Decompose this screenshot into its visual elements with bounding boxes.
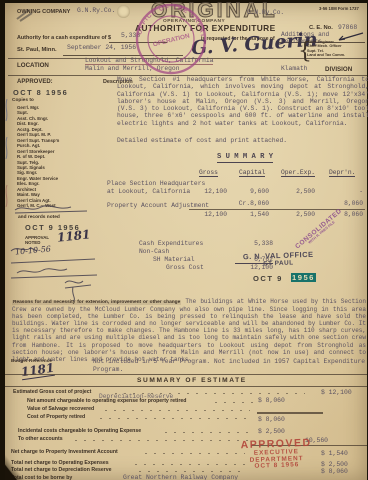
summary-col-gross: Gross <box>199 169 218 177</box>
sig-title: Land and Tax Comm. <box>307 53 345 57</box>
operating-company-value: G.N.Ry.Co. <box>247 9 284 16</box>
copies-to-label: Copies to <box>12 98 34 103</box>
summary-total-gross: 12,100 <box>189 211 227 218</box>
stamp-ring-text: OFFICE OF THE GREAT NORTHERN RAILWAY <box>133 1 206 38</box>
records-noted-label: and records noted <box>18 215 60 220</box>
form-number: 3-56 10M Form 1737 <box>319 6 359 11</box>
hole-punch <box>117 5 130 18</box>
division-value: Klamath <box>281 65 307 72</box>
estimate-row-value: $ 2,500 <box>321 461 348 468</box>
summary-row1-label2: at Lookout, California <box>107 188 190 195</box>
page-corner-shadow <box>5 446 31 480</box>
estimate-row-label: Value of Salvage recovered <box>27 407 94 412</box>
description-text: Move Section #1 headquarters from White … <box>117 76 368 127</box>
estimate-row-label: Incidental costs chargeable to Operating… <box>18 429 141 434</box>
material-label: SH Material <box>153 256 195 263</box>
handwritten-signatures <box>7 243 107 303</box>
ce-no-value: 97868 <box>338 24 357 31</box>
summary-col-oper: Oper.Exp. <box>281 169 315 177</box>
estimate-row-value: $ 8,060 <box>258 397 285 404</box>
estimate-row-label: Net amount chargeable to operating expen… <box>27 399 186 404</box>
approved-date-stamp: OCT 8 1956 <box>13 88 68 97</box>
owning-company-label: OWNING COMPANY <box>17 9 70 15</box>
estimate-row-value: $ 12,100 <box>321 389 352 396</box>
location-label: LOCATION <box>17 62 49 69</box>
attachment-note: Detailed estimate of cost and print atta… <box>117 137 287 144</box>
summary-row1-label1: Place Section Headquarters <box>107 180 205 187</box>
val-office-date: OCT 9 <box>253 274 283 283</box>
approved-label: APPROVED: <box>17 79 53 85</box>
summary-row2-depr: 8,060 <box>325 200 363 207</box>
val-office-year: 1956 <box>291 273 316 282</box>
summary-row2-label: Property Account Adjustment <box>107 202 209 209</box>
owning-company-value: G.N.Ry.Co. <box>77 7 115 14</box>
reasons-text: The buildings at White Horse used by thi… <box>12 298 366 363</box>
summary-col-depr: Depr'n. <box>329 169 355 177</box>
summary-row2-capital: Cr.8,060 <box>225 200 269 207</box>
estimate-row-label: Estimated Gross cost of project <box>13 390 91 395</box>
place-label: St. Paul, Minn. <box>17 47 57 53</box>
division-label: DIVISION <box>325 66 352 73</box>
stamp-center-text: OPERATION <box>152 32 190 48</box>
copies-list: Gen'l. Mgr. Supt. Asst. Ch. Engr. Dist. … <box>17 105 59 209</box>
scanned-document-page: OWNING COMPANY G.N.Ry.Co. ORIGINAL OPERA… <box>5 3 367 480</box>
date-value: September 24, 1956 <box>67 44 136 51</box>
estimate-row-value: $ 2,500 <box>258 428 285 435</box>
gross-cost-label: Gross Cost <box>166 264 204 271</box>
summary-row1-depr: - <box>325 188 363 195</box>
summary-col-capital: Capital <box>239 169 265 177</box>
summary-row1-oper: 2,500 <box>277 188 315 195</box>
margin-pen-marks <box>1 93 13 223</box>
estimate-row-value: $ 1,540 <box>321 450 348 457</box>
summary-row1-gross: 12,100 <box>189 188 227 195</box>
summary-title: S U M M A R Y <box>217 153 273 163</box>
reasons-paragraph: Reasons for and necessity for extension,… <box>12 298 366 363</box>
handwritten-scribble <box>9 201 99 215</box>
auth-prefix: Authority for a cash expenditure of $ <box>17 35 111 41</box>
estimate-title: SUMMARY OF ESTIMATE <box>137 377 247 384</box>
estimate-row-value: $ 8,060 <box>258 416 285 423</box>
cash-expenditures-label: Cash Expenditures <box>139 240 203 247</box>
cash-expenditures-value: 5,338 <box>235 240 273 247</box>
summary-total-capital: 1,540 <box>231 211 269 218</box>
summary-total-oper: 2,500 <box>277 211 315 218</box>
summary-row1-capital: 9,600 <box>231 188 269 195</box>
estimate-row-label: Cost of Property retired <box>27 415 85 420</box>
estimate-fill-value: Great Northern Railway Company <box>123 474 238 480</box>
reasons-label: Reasons for and necessity for extension,… <box>12 300 181 305</box>
estimate-row-label: To other accounts <box>18 437 63 442</box>
val-office-stamp: G. N. VAL OFFICE ST PAUL <box>243 250 314 268</box>
budget-number-hand: 1181 <box>20 361 55 381</box>
noncash-label: Non-Cash <box>139 248 169 255</box>
railway-round-stamp: OFFICE OF THE GREAT NORTHERN RAILWAY OPE… <box>133 1 209 77</box>
hand-arrow <box>335 31 365 43</box>
budget-note: Not included in 5 Year Program. Not incl… <box>93 358 367 373</box>
estimate-row-value: $ 8,060 <box>321 468 348 475</box>
approved-executive-stamp: APPROVED EXECUTIVE DEPARTMENT OCT 8 1956 <box>240 438 312 472</box>
svg-text:OFFICE OF THE GREAT NORTHERN R: OFFICE OF THE GREAT NORTHERN RAILWAY <box>133 1 206 38</box>
